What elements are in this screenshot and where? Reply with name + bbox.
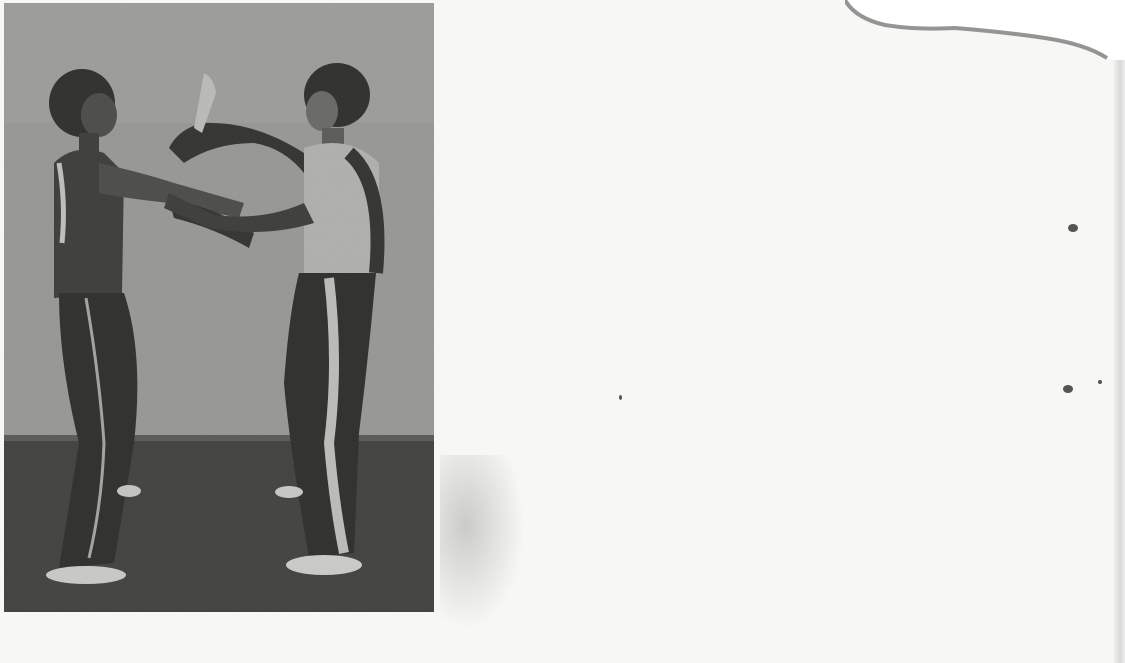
torn-paper-corner <box>845 0 1125 70</box>
dust-speck <box>619 395 622 400</box>
dust-speck <box>1098 380 1102 384</box>
dust-speck <box>1063 385 1073 393</box>
scan-smudge <box>440 455 525 630</box>
martial-arts-photograph <box>4 3 434 612</box>
page-edge <box>1113 60 1125 663</box>
dust-speck <box>1068 224 1078 232</box>
photo-illustration <box>4 3 434 612</box>
scanned-page <box>0 0 1125 663</box>
